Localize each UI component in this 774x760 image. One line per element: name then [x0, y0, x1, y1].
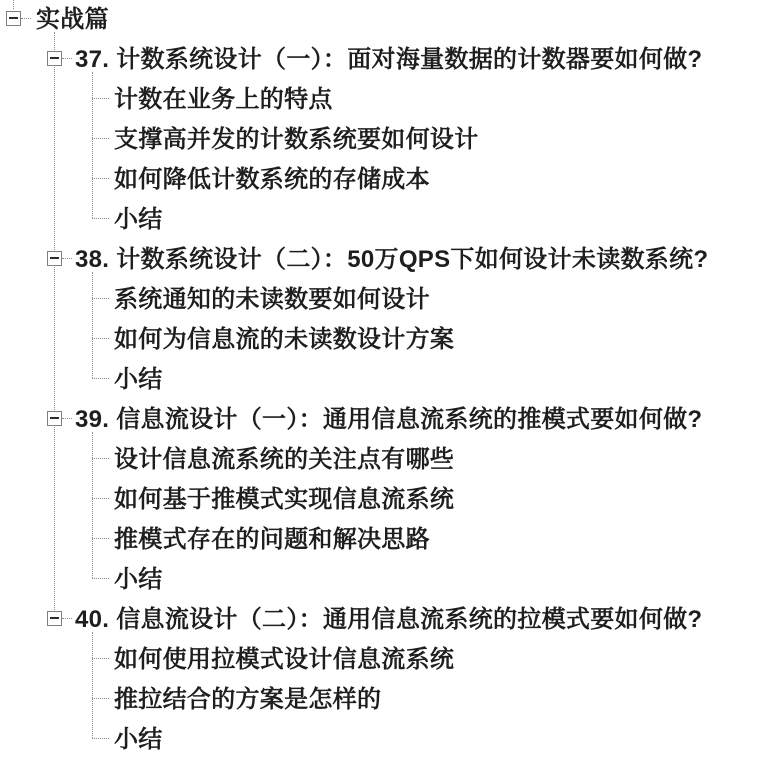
tree-connector-line [21, 18, 31, 19]
tree-leaf-label[interactable]: 如何使用拉模式设计信息流系统 [114, 640, 454, 680]
tree-connector-line [92, 458, 109, 459]
tree-connector-line [92, 578, 109, 579]
tree-connector-line [92, 138, 109, 139]
collapse-minus-box-icon[interactable] [47, 611, 62, 626]
collapse-minus-box-icon[interactable] [47, 251, 62, 266]
tree-leaf-label[interactable]: 推模式存在的问题和解决思路 [114, 520, 430, 560]
minus-icon [50, 57, 59, 59]
minus-icon [50, 417, 59, 419]
tree-connector-line [13, 0, 14, 9]
tree-node-label[interactable]: 39. 信息流设计（一）：通用信息流系统的推模式要如何做? [75, 400, 702, 440]
tree-leaf-label[interactable]: 支撑高并发的计数系统要如何设计 [114, 120, 479, 160]
tree-leaf-label[interactable]: 推拉结合的方案是怎样的 [114, 680, 381, 720]
tree-connector-line [92, 298, 109, 299]
collapse-minus-box-icon[interactable] [6, 11, 21, 26]
tree-connector-line [92, 272, 93, 378]
tree-leaf-label[interactable]: 如何为信息流的未读数设计方案 [114, 320, 454, 360]
tree-connector-line [62, 58, 72, 59]
tree-connector-line [92, 738, 109, 739]
tree-connector-line [92, 632, 93, 738]
tree-leaf-label[interactable]: 如何降低计数系统的存储成本 [114, 160, 430, 200]
tree-leaf-label[interactable]: 设计信息流系统的关注点有哪些 [114, 440, 454, 480]
tree-connector-line [92, 698, 109, 699]
tree-connector-line [54, 32, 55, 618]
tree-root-label[interactable]: 实战篇 [36, 0, 109, 40]
tree-connector-line [92, 218, 109, 219]
tree-leaf-label[interactable]: 计数在业务上的特点 [114, 80, 333, 120]
tree-leaf-label[interactable]: 小结 [114, 200, 163, 240]
minus-icon [50, 257, 59, 259]
tree-leaf-label[interactable]: 小结 [114, 560, 163, 600]
tree-leaf-label[interactable]: 系统通知的未读数要如何设计 [114, 280, 430, 320]
tree-connector-line [92, 432, 93, 578]
tree-connector-line [92, 538, 109, 539]
tree-connector-line [62, 418, 72, 419]
tree-connector-line [62, 618, 72, 619]
tree-leaf-label[interactable]: 如何基于推模式实现信息流系统 [114, 480, 454, 520]
tree-node-label[interactable]: 40. 信息流设计（二）：通用信息流系统的拉模式要如何做? [75, 600, 702, 640]
tree-node-label[interactable]: 37. 计数系统设计（一）：面对海量数据的计数器要如何做? [75, 40, 702, 80]
tree-node-label[interactable]: 38. 计数系统设计（二）：50万QPS下如何设计未读数系统? [75, 240, 708, 280]
tree-connector-line [92, 98, 109, 99]
collapse-minus-box-icon[interactable] [47, 51, 62, 66]
minus-icon [50, 617, 59, 619]
tree-connector-line [62, 258, 72, 259]
minus-icon [9, 17, 18, 19]
tree-connector-line [92, 178, 109, 179]
tree-connector-line [92, 498, 109, 499]
tree-leaf-label[interactable]: 小结 [114, 720, 163, 760]
tree-view: 实战篇37. 计数系统设计（一）：面对海量数据的计数器要如何做?计数在业务上的特… [0, 0, 774, 760]
tree-connector-line [92, 378, 109, 379]
tree-connector-line [92, 658, 109, 659]
tree-connector-line [92, 338, 109, 339]
tree-connector-line [92, 72, 93, 218]
collapse-minus-box-icon[interactable] [47, 411, 62, 426]
tree-leaf-label[interactable]: 小结 [114, 360, 163, 400]
